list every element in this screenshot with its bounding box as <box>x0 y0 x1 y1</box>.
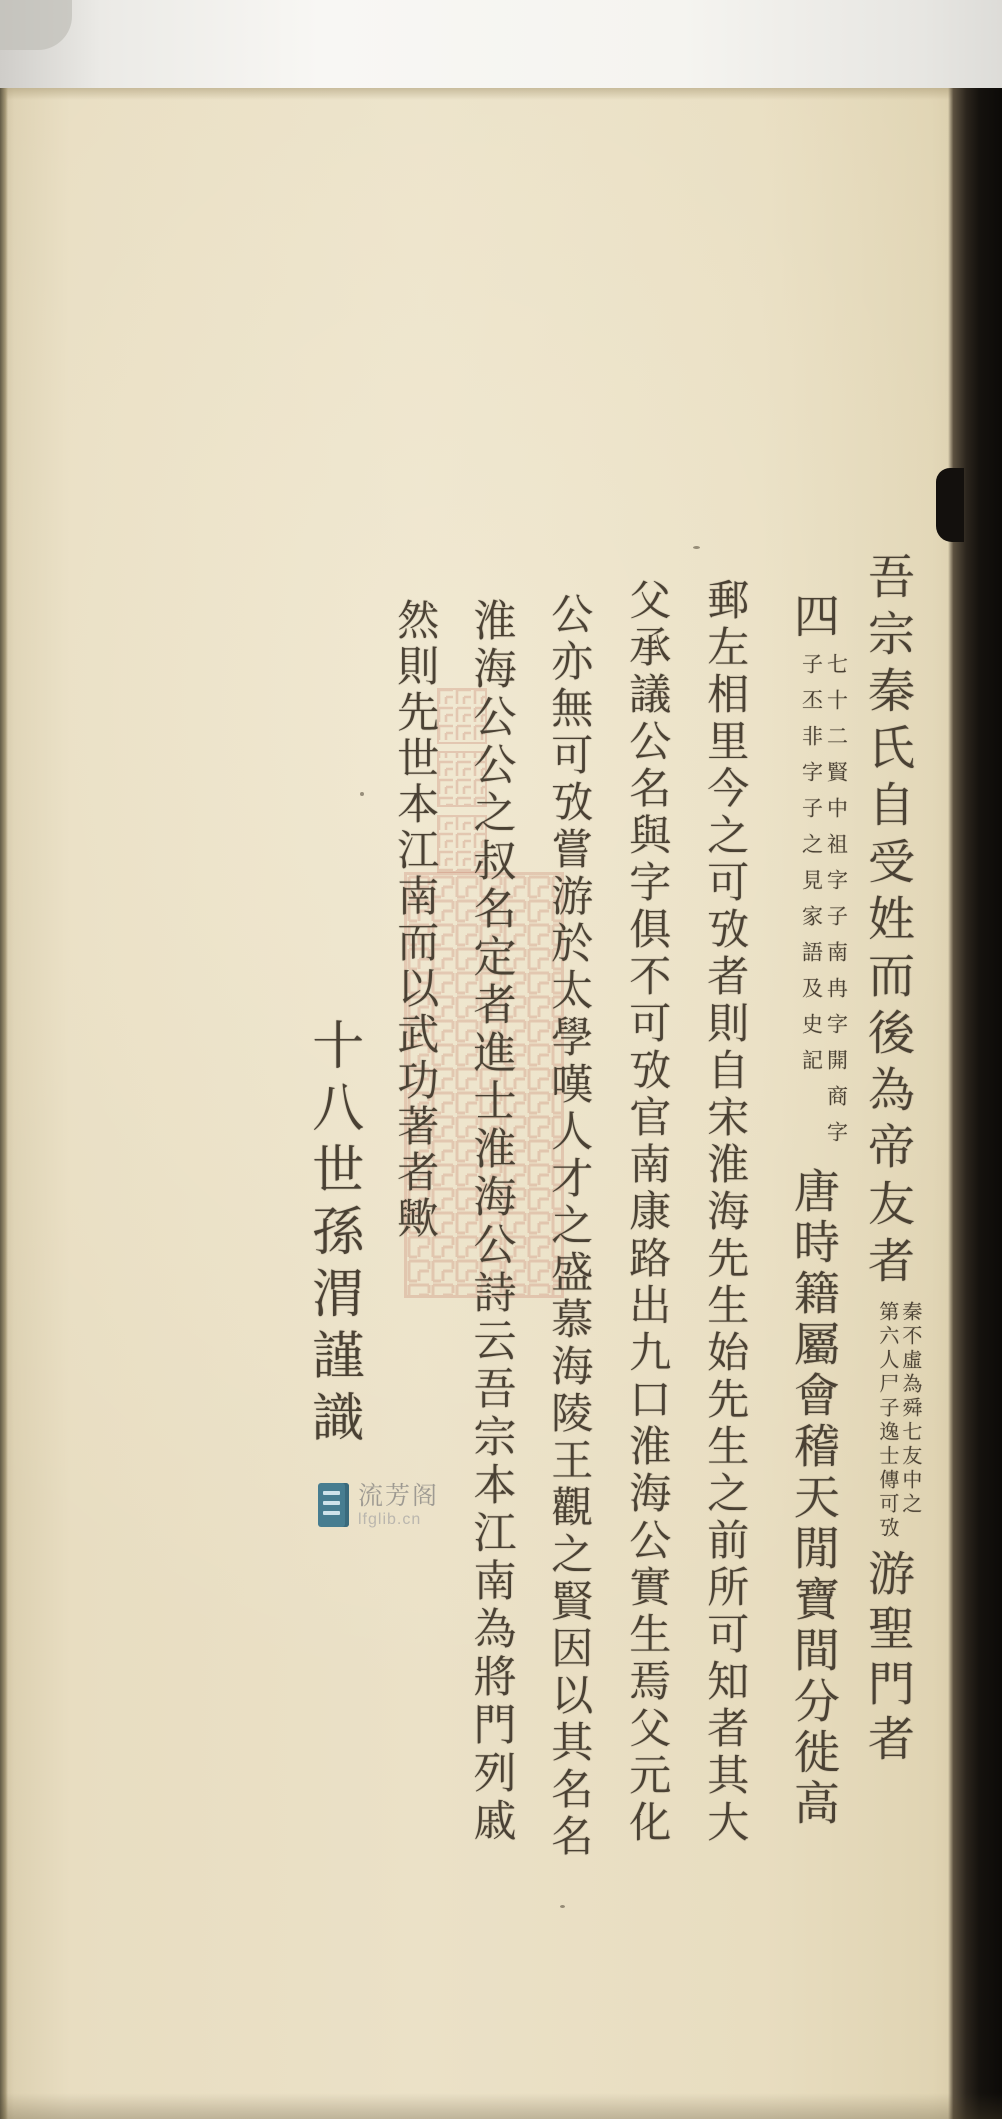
manuscript-column-4: 父承議公名與字俱不可攷官南康路出九口淮海公實生焉父元化 <box>622 578 670 1847</box>
interlinear-note: 七十二賢中祖字子南冉字開商字 子丕非字子之見家語及史記 <box>798 653 848 1157</box>
column-text: 淮海公公之叔名定者進士淮海公詩云吾宗本江南為將門列戚 <box>467 598 514 1846</box>
paper-top-edge-shadow <box>0 88 1002 100</box>
signature-text: 十八世孫渭謹識 <box>304 1018 361 1452</box>
column-text: 四 <box>788 592 839 643</box>
manuscript-scan-page: 吾宗秦氏自受姓而後為帝友者秦不虛為舜七友中之 第六人尸子逸士傳可攷游聖門者 四七… <box>0 0 1002 2119</box>
manuscript-column-6: 淮海公公之叔名定者進士淮海公詩云吾宗本江南為將門列戚 <box>466 598 515 1846</box>
manuscript-column-7: 然則先世本江南而以武功著者歟 <box>390 598 438 1242</box>
column-text: 然則先世本江南而以武功著者歟 <box>391 598 437 1242</box>
site-url: lfglib.cn <box>358 1510 439 1530</box>
site-watermark: 流芳阁 lfglib.cn <box>318 1483 439 1530</box>
column-text: 游聖門者 <box>861 1549 913 1769</box>
column-text: 公亦無可攷嘗游於太學嘆人才之盛慕海陵王觀之賢因以其名名 <box>545 592 591 1861</box>
column-text: 唐時籍屬會稽天閒寶間分徙高 <box>788 1167 839 1830</box>
manuscript-column-5: 公亦無可攷嘗游於太學嘆人才之盛慕海陵王觀之賢因以其名名 <box>544 592 592 1861</box>
paper-bottom-shadow <box>0 2093 1002 2119</box>
site-name: 流芳阁 <box>358 1483 439 1510</box>
manuscript-column-3: 郵左相里今之可攷者則自宋淮海先生始先生之前所可知者其大 <box>700 578 748 1847</box>
manuscript-column-2: 四七十二賢中祖字子南冉字開商字 子丕非字子之見家語及史記唐時籍屬會稽天閒寶間分徙… <box>786 592 848 1830</box>
binding-black-band <box>948 88 1002 2119</box>
scanner-background-strip <box>0 0 1002 90</box>
signature-column: 十八世孫渭謹識 <box>302 1018 362 1452</box>
page-corner-notch <box>936 468 964 542</box>
interlinear-note: 秦不虛為舜七友中之 第六人尸子逸士傳可攷 <box>875 1301 921 1541</box>
book-icon <box>318 1483 349 1527</box>
column-text: 吾宗秦氏自受姓而後為帝友者 <box>861 552 913 1293</box>
column-text: 父承議公名與字俱不可攷官南康路出九口淮海公實生焉父元化 <box>623 578 669 1847</box>
manuscript-column-1: 吾宗秦氏自受姓而後為帝友者秦不虛為舜七友中之 第六人尸子逸士傳可攷游聖門者 <box>860 552 921 1769</box>
paper-left-edge-shadow <box>0 88 8 2119</box>
dust-speck <box>360 792 364 796</box>
dust-speck <box>693 546 700 549</box>
dust-speck <box>560 1905 565 1908</box>
column-text: 郵左相里今之可攷者則自宋淮海先生始先生之前所可知者其大 <box>701 578 747 1847</box>
